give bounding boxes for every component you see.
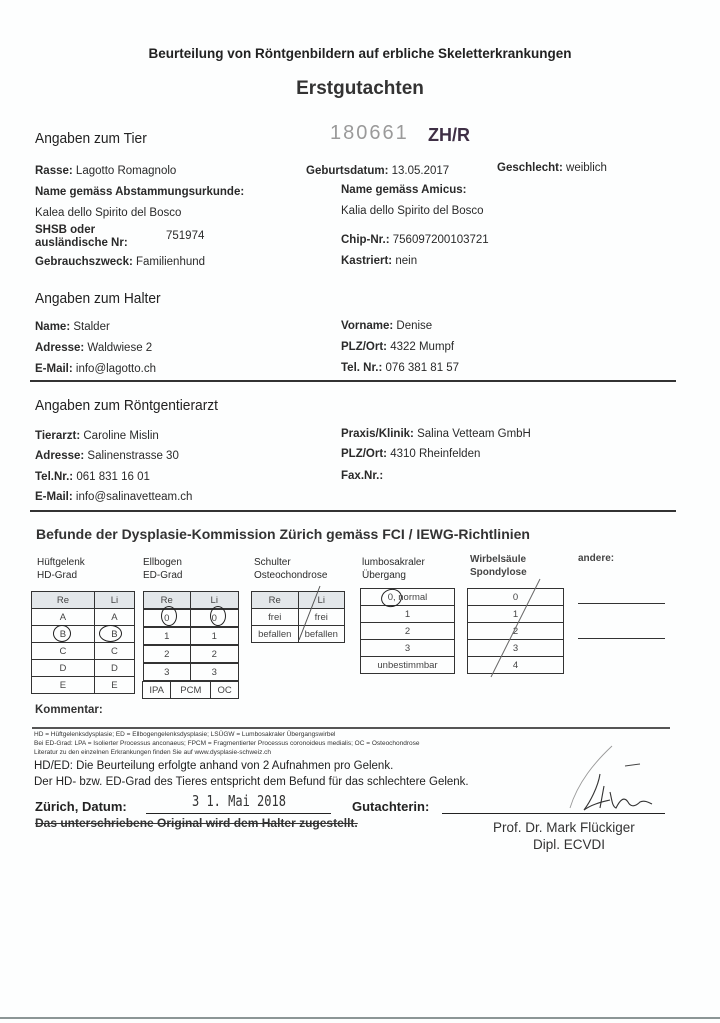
- field-halter-vorname: Vorname: Denise: [341, 320, 432, 332]
- lumbo-cell[interactable]: 2: [361, 623, 455, 640]
- ed-ipa-cell[interactable]: IPA: [143, 682, 171, 699]
- hd-col-li: Li: [94, 592, 134, 609]
- field-rasse: Rasse: Lagotto Romagnolo: [35, 165, 176, 177]
- schulter-cell[interactable]: befallen: [252, 626, 299, 643]
- page-edge: [0, 1017, 720, 1019]
- lumbo-cell[interactable]: 3: [361, 640, 455, 657]
- wirbel-strike-mark: [485, 577, 545, 682]
- lumbo-cell[interactable]: 0, normal: [361, 589, 455, 606]
- footnote-literature: Literatur zu den einzelnen Erkrankungen …: [34, 749, 271, 756]
- wirbel-title: WirbelsäuleSpondylose: [470, 553, 527, 579]
- note-beurteilung: HD/ED: Die Beurteilung erfolgte anhand v…: [34, 760, 393, 772]
- datum-value: 3 1. Mai 2018: [192, 792, 286, 810]
- hd-cell[interactable]: A: [32, 609, 95, 626]
- original-note: Das unterschriebene Original wird dem Ha…: [35, 816, 358, 830]
- field-tierarzt-fax: Fax.Nr.:: [341, 470, 383, 482]
- ed-table: Re Li 00 11 22 33 IPAPCMOC: [142, 591, 239, 699]
- field-halter-email: E-Mail: info@lagotto.ch: [35, 363, 156, 375]
- lumbo-title: lumbosakralerÜbergang: [362, 556, 425, 582]
- schulter-cell[interactable]: frei: [252, 609, 299, 626]
- divider: [30, 380, 676, 382]
- field-halter-tel: Tel. Nr.: 076 381 81 57: [341, 362, 459, 374]
- footnote-abbrev-2: Bei ED-Grad: LPA = Isolierter Processus …: [34, 740, 420, 747]
- gutachter-label: Gutachterin:: [352, 799, 429, 814]
- value-name-amicus: Kalia dello Spirito del Bosco: [341, 205, 484, 217]
- field-tierarzt-email: E-Mail: info@salinavetteam.ch: [35, 491, 192, 503]
- hd-cell[interactable]: D: [94, 660, 134, 677]
- ed-cell[interactable]: 2: [143, 646, 191, 663]
- hd-cell[interactable]: C: [32, 643, 95, 660]
- field-halter-plz: PLZ/Ort: 4322 Mumpf: [341, 341, 454, 353]
- andere-line-1[interactable]: [578, 603, 665, 604]
- hd-col-re: Re: [32, 592, 95, 609]
- section-title-befunde: Befunde der Dysplasie-Kommission Zürich …: [36, 526, 530, 542]
- ed-cell[interactable]: 1: [191, 628, 239, 645]
- kommentar-label: Kommentar:: [35, 704, 103, 716]
- field-tierarzt-plz: PLZ/Ort: 4310 Rheinfelden: [341, 448, 480, 460]
- field-kastriert: Kastriert: nein: [341, 255, 417, 267]
- ed-cell[interactable]: 2: [191, 646, 239, 663]
- label-name-abstammung: Name gemäss Abstammungsurkunde:: [35, 186, 244, 198]
- field-tierarzt-name: Tierarzt: Caroline Mislin: [35, 430, 159, 442]
- field-tierarzt-adresse: Adresse: Salinenstrasse 30: [35, 450, 179, 462]
- hd-li-selection-mark: [99, 625, 122, 642]
- hd-cell[interactable]: E: [32, 677, 95, 694]
- ed-cell[interactable]: 3: [143, 664, 191, 681]
- field-geschlecht: Geschlecht: weiblich: [497, 162, 607, 174]
- note-grad: Der HD- bzw. ED-Grad des Tieres entspric…: [34, 776, 469, 788]
- datum-line: [146, 813, 331, 814]
- value-name-abstammung: Kalea dello Spirito del Bosco: [35, 207, 181, 219]
- ort-datum-label: Zürich, Datum:: [35, 799, 127, 814]
- schulter-strike-mark: [295, 584, 325, 644]
- ed-li-selection-mark: [210, 606, 226, 626]
- stamp-code: ZH/R: [428, 125, 470, 146]
- hd-table: ReLi AA BB CC DD EE: [31, 591, 135, 694]
- ed-oc-cell[interactable]: OC: [211, 682, 239, 699]
- signature-icon: [540, 742, 670, 814]
- field-chip: Chip-Nr.: 756097200103721: [341, 234, 489, 246]
- hd-re-selection-mark: [53, 625, 71, 642]
- gutachter-title: Dipl. ECVDI: [533, 837, 605, 852]
- label-name-amicus: Name gemäss Amicus:: [341, 184, 467, 196]
- footnote-abbrev-1: HD = Hüftgelenksdysplasie; ED = Ellbogen…: [34, 731, 336, 738]
- lumbo-cell[interactable]: unbestimmbar: [361, 657, 455, 674]
- field-tierarzt-praxis: Praxis/Klinik: Salina Vetteam GmbH: [341, 428, 531, 440]
- hd-cell[interactable]: A: [94, 609, 134, 626]
- label-shsb: SHSB oderausländische Nr:: [35, 224, 128, 250]
- section-title-halter: Angaben zum Halter: [35, 291, 161, 307]
- field-halter-adresse: Adresse: Waldwiese 2: [35, 342, 152, 354]
- field-geburtsdatum: Geburtsdatum: 13.05.2017: [306, 165, 449, 177]
- document-title: Erstgutachten: [0, 78, 720, 100]
- field-gebrauchszweck: Gebrauchszweck: Familienhund: [35, 256, 205, 268]
- hd-cell[interactable]: C: [94, 643, 134, 660]
- ed-re-selection-mark: [161, 606, 177, 626]
- schulter-title: SchulterOsteochondrose: [254, 556, 327, 582]
- section-title-tierarzt: Angaben zum Röntgentierarzt: [35, 398, 218, 414]
- value-shsb: 751974: [166, 230, 204, 242]
- field-halter-name: Name: Stalder: [35, 321, 110, 333]
- field-tierarzt-tel: Tel.Nr.: 061 831 16 01: [35, 471, 150, 483]
- andere-line-2[interactable]: [578, 638, 665, 639]
- ed-pcm-cell[interactable]: PCM: [171, 682, 211, 699]
- divider: [30, 510, 676, 512]
- hd-cell[interactable]: E: [94, 677, 134, 694]
- hd-cell[interactable]: D: [32, 660, 95, 677]
- ed-cell[interactable]: 3: [191, 664, 239, 681]
- section-title-tier: Angaben zum Tier: [35, 131, 147, 147]
- hd-title: HüftgelenkHD-Grad: [37, 556, 85, 582]
- ed-title: EllbogenED-Grad: [143, 556, 182, 582]
- andere-label: andere:: [578, 553, 614, 564]
- ed-cell[interactable]: 1: [143, 628, 191, 645]
- schulter-col-re: Re: [252, 592, 299, 609]
- divider: [32, 727, 670, 729]
- lumbo-cell[interactable]: 1: [361, 606, 455, 623]
- document-subtitle: Beurteilung von Röntgenbildern auf erbli…: [0, 46, 720, 61]
- stamp-number: 180661: [330, 122, 409, 145]
- gutachter-name: Prof. Dr. Mark Flückiger: [493, 820, 635, 835]
- lumbo-table: 0, normal 1 2 3 unbestimmbar: [360, 588, 455, 674]
